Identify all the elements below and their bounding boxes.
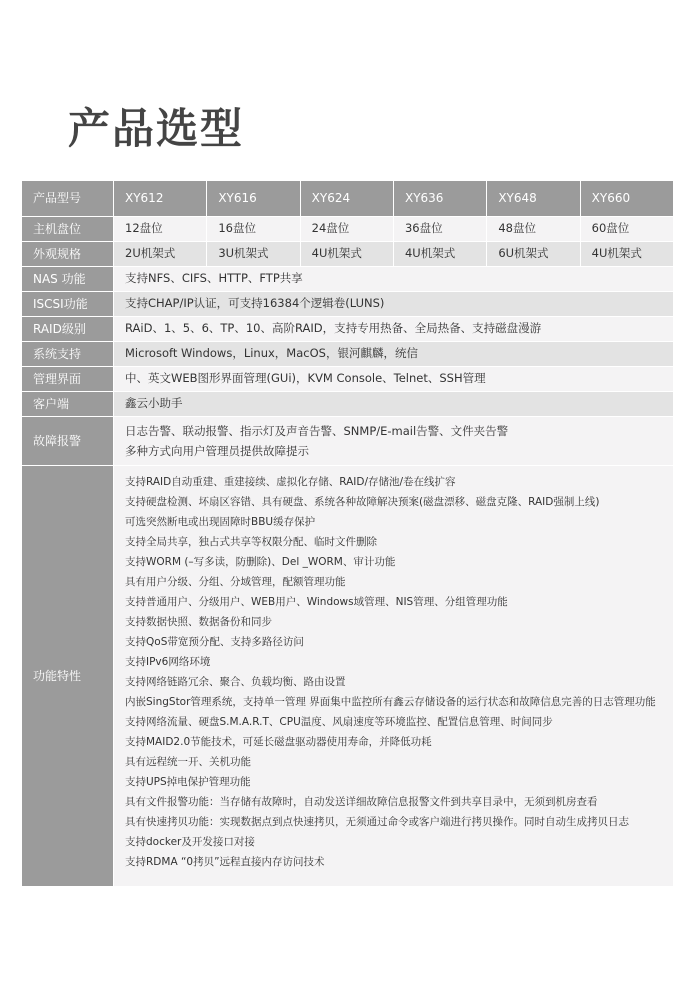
header-label: 产品型号 [22, 181, 114, 217]
cell-value: 鑫云小助手 [114, 392, 674, 417]
feature-item: 支持硬盘检测、坏扇区容错、具有硬盘、系统各种故障解决预案(磁盘漂移、磁盘克隆、R… [125, 492, 673, 512]
alarm-line: 多种方式向用户管理员提供故障提示 [125, 441, 673, 461]
model-header: XY636 [393, 181, 486, 217]
cell-value: 24盘位 [300, 217, 393, 242]
feature-item: 支持RAID自动重建、重建接续、虚拟化存储、RAID/存储池/卷在线扩容 [125, 472, 673, 492]
table-row: NAS 功能 支持NFS、CIFS、HTTP、FTP共享 [22, 267, 674, 292]
feature-item: 支持数据快照、数据备份和同步 [125, 612, 673, 632]
feature-item: 支持RDMA “0拷贝”远程直接内存访问技术 [125, 852, 673, 872]
cell-value: 3U机架式 [207, 242, 300, 267]
alarm-line: 日志告警、联动报警、指示灯及声音告警、SNMP/E-mail告警、文件夹告警 [125, 421, 673, 441]
table-row: 外观规格 2U机架式 3U机架式 4U机架式 4U机架式 6U机架式 4U机架式 [22, 242, 674, 267]
feature-item: 支持UPS掉电保护管理功能 [125, 772, 673, 792]
row-label: 功能特性 [22, 466, 114, 887]
row-label: ISCSI功能 [22, 292, 114, 317]
row-label: 主机盘位 [22, 217, 114, 242]
model-header: XY660 [580, 181, 673, 217]
feature-item: 具有文件报警功能：当存储有故障时，自动发送详细故障信息报警文件到共享目录中，无须… [125, 792, 673, 812]
feature-item: 支持MAID2.0节能技术，可延长磁盘驱动器使用寿命，并降低功耗 [125, 732, 673, 752]
table-row-alarm: 故障报警 日志告警、联动报警、指示灯及声音告警、SNMP/E-mail告警、文件… [22, 417, 674, 466]
feature-item: 支持IPv6网络环境 [125, 652, 673, 672]
feature-item: 支持网络链路冗余、聚合、负载均衡、路由设置 [125, 672, 673, 692]
cell-value: 60盘位 [580, 217, 673, 242]
row-label: NAS 功能 [22, 267, 114, 292]
row-label: 客户端 [22, 392, 114, 417]
feature-item: 具有快速拷贝功能：实现数据点到点快速拷贝，无须通过命令或客户端进行拷贝操作。同时… [125, 812, 673, 832]
feature-item: 支持普通用户、分级用户、WEB用户、Windows域管理、NIS管理、分组管理功… [125, 592, 673, 612]
model-header: XY648 [487, 181, 580, 217]
cell-value: 4U机架式 [393, 242, 486, 267]
model-header: XY612 [114, 181, 207, 217]
table-row: 管理界面 中、英文WEB图形界面管理(GUi)，KVM Console、Teln… [22, 367, 674, 392]
cell-value: 中、英文WEB图形界面管理(GUi)，KVM Console、Telnet、SS… [114, 367, 674, 392]
feature-item: 支持网络流量、硬盘S.M.A.R.T、CPU温度、风扇速度等环境监控、配置信息管… [125, 712, 673, 732]
row-label: RAID级别 [22, 317, 114, 342]
cell-value: 支持CHAP/IP认证，可支持16384个逻辑卷(LUNS) [114, 292, 674, 317]
cell-value: 12盘位 [114, 217, 207, 242]
feature-item: 具有用户分级、分组、分域管理，配额管理功能 [125, 572, 673, 592]
alarm-cell: 日志告警、联动报警、指示灯及声音告警、SNMP/E-mail告警、文件夹告警 多… [114, 417, 674, 466]
model-header: XY616 [207, 181, 300, 217]
cell-value: RAiD、1、5、6、TP、10、高阶RAID，支持专用热备、全局热备、支持磁盘… [114, 317, 674, 342]
feature-item: 支持QoS带宽预分配、支持多路径访问 [125, 632, 673, 652]
feature-item: 具有远程统一开、关机功能 [125, 752, 673, 772]
features-cell: 支持RAID自动重建、重建接续、虚拟化存储、RAID/存储池/卷在线扩容 支持硬… [114, 466, 674, 887]
table-header-row: 产品型号 XY612 XY616 XY624 XY636 XY648 XY660 [22, 181, 674, 217]
product-selection-table: 产品型号 XY612 XY616 XY624 XY636 XY648 XY660… [21, 180, 674, 887]
table-row: ISCSI功能 支持CHAP/IP认证，可支持16384个逻辑卷(LUNS) [22, 292, 674, 317]
cell-value: 4U机架式 [580, 242, 673, 267]
cell-value: 6U机架式 [487, 242, 580, 267]
cell-value: 支持NFS、CIFS、HTTP、FTP共享 [114, 267, 674, 292]
row-label: 故障报警 [22, 417, 114, 466]
page-title: 产品选型 [68, 96, 244, 156]
table-row: 主机盘位 12盘位 16盘位 24盘位 36盘位 48盘位 60盘位 [22, 217, 674, 242]
feature-item: 支持docker及开发接口对接 [125, 832, 673, 852]
cell-value: 36盘位 [393, 217, 486, 242]
row-label: 系统支持 [22, 342, 114, 367]
row-label: 管理界面 [22, 367, 114, 392]
feature-item: 支持全局共享，独占式共享等权限分配、临时文件删除 [125, 532, 673, 552]
table-row: 系统支持 Microsoft Windows，Linux，MacOS，银河麒麟，… [22, 342, 674, 367]
table-row: 客户端 鑫云小助手 [22, 392, 674, 417]
cell-value: Microsoft Windows，Linux，MacOS，银河麒麟，统信 [114, 342, 674, 367]
cell-value: 2U机架式 [114, 242, 207, 267]
cell-value: 16盘位 [207, 217, 300, 242]
feature-item: 支持WORM (–写多读，防删除)、Del _WORM、审计功能 [125, 552, 673, 572]
table-row: RAID级别 RAiD、1、5、6、TP、10、高阶RAID，支持专用热备、全局… [22, 317, 674, 342]
feature-item: 可选突然断电或出现固障时BBU缓存保护 [125, 512, 673, 532]
model-header: XY624 [300, 181, 393, 217]
cell-value: 48盘位 [487, 217, 580, 242]
cell-value: 4U机架式 [300, 242, 393, 267]
feature-item: 内嵌SingStor管理系统，支持单一管理 界面集中监控所有鑫云存储设备的运行状… [125, 692, 673, 712]
row-label: 外观规格 [22, 242, 114, 267]
table-row-features: 功能特性 支持RAID自动重建、重建接续、虚拟化存储、RAID/存储池/卷在线扩… [22, 466, 674, 887]
